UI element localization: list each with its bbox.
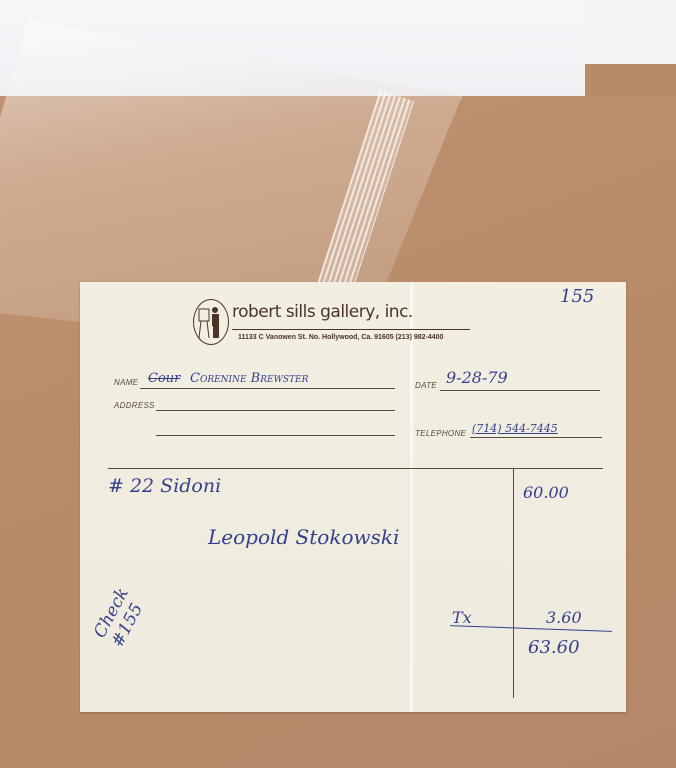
date-line [440, 390, 600, 391]
telephone-label: TELEPHONE [415, 429, 466, 438]
name-label: NAME [114, 378, 138, 387]
date-label: DATE [415, 381, 437, 390]
item-amount: 60.00 [523, 483, 569, 502]
gallery-receipt: 155 robert sills gallery, inc. 11133 C V… [80, 282, 626, 712]
total-rule [450, 625, 612, 632]
address-line-2 [156, 435, 395, 436]
items-top-rule [108, 468, 603, 469]
name-value: Corenine Brewster [190, 371, 308, 386]
white-backdrop-corner [585, 0, 676, 64]
item-description: # 22 Sidoni [108, 475, 221, 497]
telephone-value: (714) 544-7445 [472, 422, 558, 435]
check-note: Check #155 [90, 553, 168, 651]
telephone-line [470, 437, 602, 438]
company-name: robert sills gallery, inc. [232, 302, 413, 322]
total-amount: 63.60 [528, 637, 580, 658]
address-line [156, 410, 395, 411]
artist-easel-logo-icon [193, 299, 229, 345]
amount-column-divider [513, 468, 514, 698]
name-struck: Cour [148, 371, 180, 386]
date-value: 9-28-79 [446, 368, 508, 387]
corner-number: 155 [560, 286, 594, 307]
letterhead-rule [232, 329, 470, 330]
address-label: ADDRESS [114, 401, 155, 410]
company-address: 11133 C Vanowen St. No. Hollywood, Ca. 9… [238, 334, 443, 341]
item-artist: Leopold Stokowski [208, 525, 399, 549]
tax-amount: 3.60 [546, 608, 582, 627]
tax-label: Tx [452, 608, 472, 627]
paper-fold [410, 282, 413, 712]
name-line [140, 388, 395, 389]
